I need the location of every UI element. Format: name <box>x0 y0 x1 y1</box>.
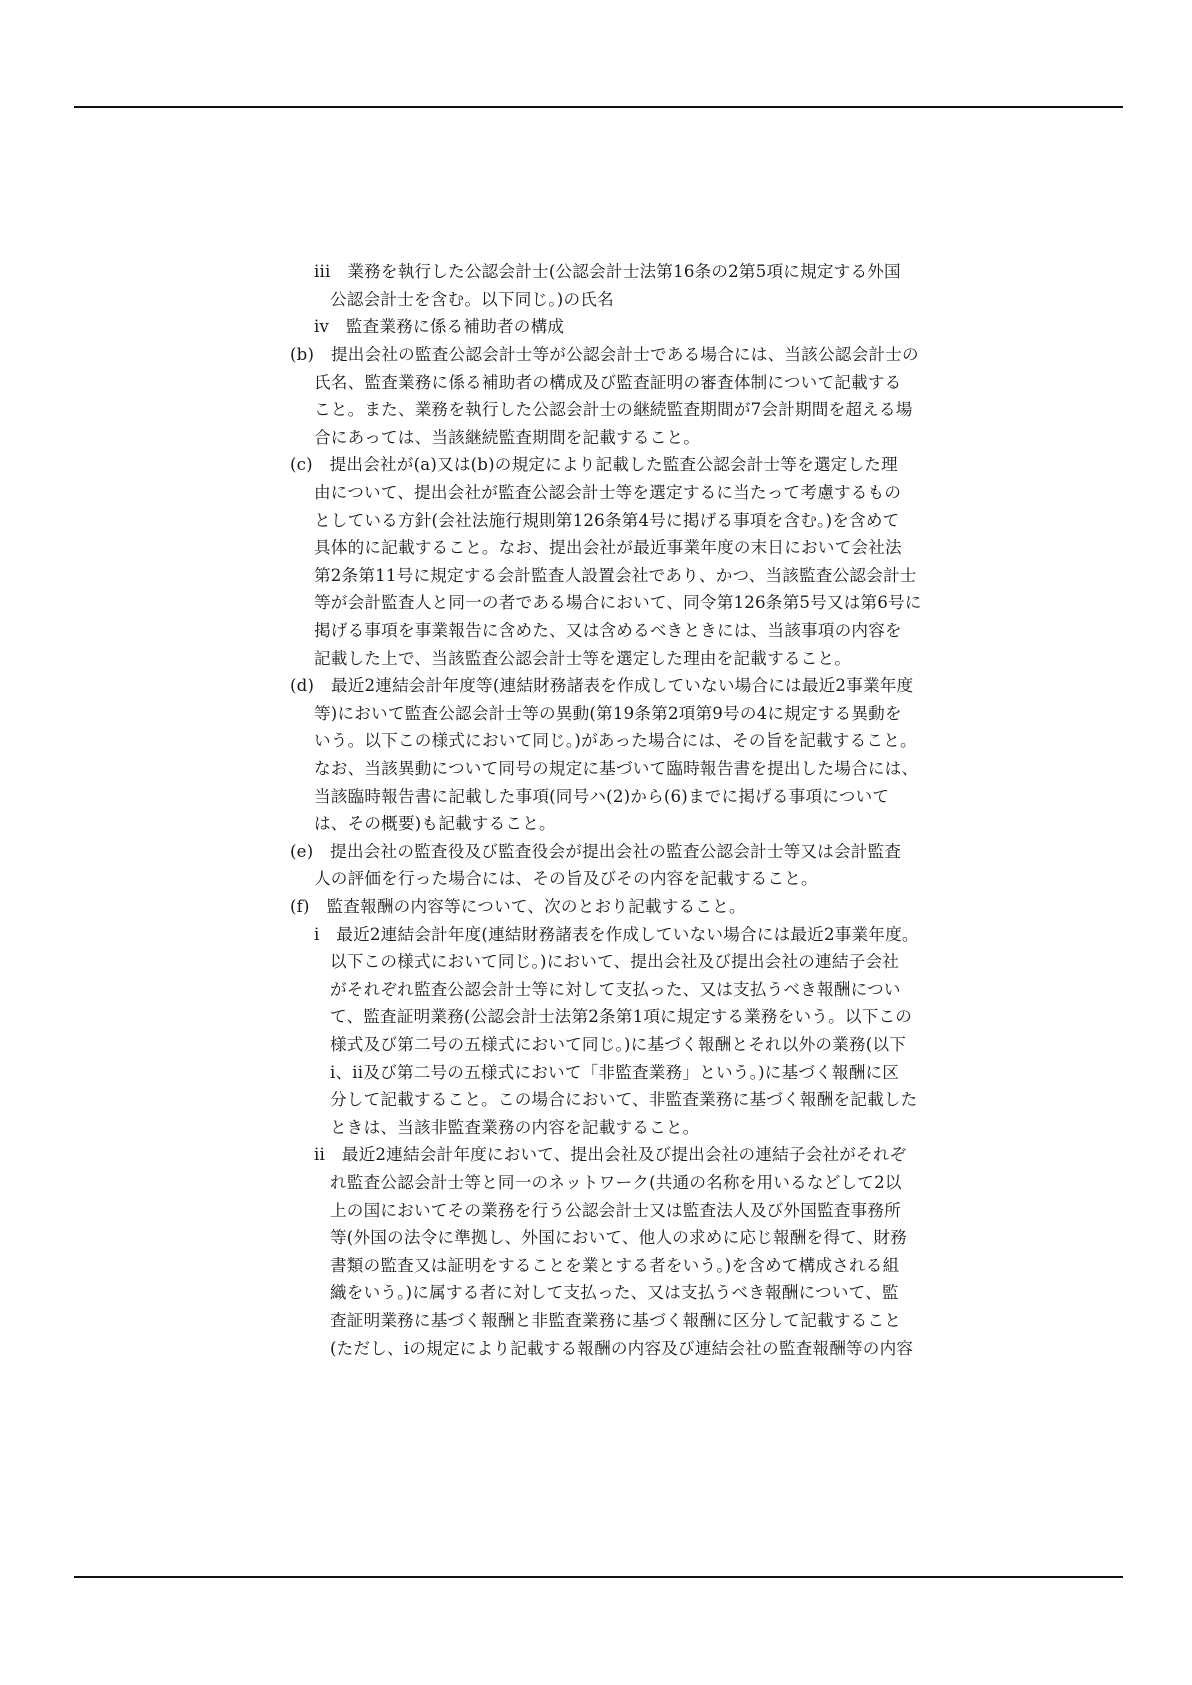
text-line: 具体的に記載すること。なお、提出会社が最近事業年度の末日において会社法 <box>314 538 902 558</box>
text-line: 氏名、監査業務に係る補助者の構成及び監査証明の審査体制について記載する <box>314 373 901 393</box>
text-line: (b) 提出会社の監査公認会計士等が公認会計士である場合には、当該公認会計士の <box>290 345 919 365</box>
text-line: 等)において監査公認会計士等の異動(第19条第2項第9号の4に規定する異動を <box>314 704 902 724</box>
text-line: 等が会計監査人と同一の者である場合において、同令第126条第5号又は第6号に <box>314 593 922 613</box>
text-line: 織をいう。)に属する者に対して支払った、又は支払うべき報酬について、監 <box>330 1283 899 1303</box>
text-line: て、監査証明業務(公認会計士法第2条第1項に規定する業務をいう。以下この <box>330 1007 912 1027</box>
text-line: は、その概要)も記載すること。 <box>314 814 556 834</box>
text-line: 公認会計士を含む。以下同じ。)の氏名 <box>330 290 614 310</box>
footer-rule <box>74 1576 1123 1578</box>
text-line: ときは、当該非監査業務の内容を記載すること。 <box>330 1118 699 1138</box>
text-line: (f) 監査報酬の内容等について、次のとおり記載すること。 <box>290 897 746 917</box>
text-line: 査証明業務に基づく報酬と非監査業務に基づく報酬に区分して記載すること <box>330 1311 901 1331</box>
text-line: 合にあっては、当該継続監査期間を記載すること。 <box>314 428 700 448</box>
header-rule <box>74 106 1123 108</box>
text-line: i 最近2連結会計年度(連結財務諸表を作成していない場合には最近2事業年度。 <box>314 925 919 945</box>
text-line: 掲げる事項を事業報告に含めた、又は含めるべきときには、当該事項の内容を <box>314 621 902 641</box>
text-line: なお、当該異動について同号の規定に基づいて臨時報告書を提出した場合には、 <box>314 759 918 779</box>
text-line: (d) 最近2連結会計年度等(連結財務諸表を作成していない場合には最近2事業年度 <box>290 676 913 696</box>
text-line: 分して記載すること。この場合において、非監査業務に基づく報酬を記載した <box>330 1090 917 1110</box>
text-line: 記載した上で、当該監査公認会計士等を選定した理由を記載すること。 <box>314 649 851 669</box>
text-line: 人の評価を行った場合には、その旨及びその内容を記載すること。 <box>314 869 818 889</box>
text-line: 書類の監査又は証明をすることを業とする者をいう。)を含めて構成される組 <box>330 1256 899 1276</box>
text-line: 等(外国の法令に準拠し、外国において、他人の求めに応じ報酬を得て、財務 <box>330 1228 907 1248</box>
text-line: (c) 提出会社が(a)又は(b)の規定により記載した監査公認会計士等を選定した… <box>290 455 898 475</box>
text-line: ii 最近2連結会計年度において、提出会社及び提出会社の連結子会社がそれぞ <box>314 1145 906 1165</box>
text-line: としている方針(会社法施行規則第126条第4号に掲げる事項を含む。)を含めて <box>314 511 899 531</box>
text-line: 様式及び第二号の五様式において同じ。)に基づく報酬とそれ以外の業務(以下 <box>330 1035 906 1055</box>
text-line: (e) 提出会社の監査役及び監査役会が提出会社の監査公認会計士等又は会計監査 <box>290 842 901 862</box>
text-line: iii 業務を執行した公認会計士(公認会計士法第16条の2第5項に規定する外国 <box>314 262 901 282</box>
text-line: いう。以下この様式において同じ。)があった場合には、その旨を記載すること。 <box>314 731 917 751</box>
text-line: 第2条第11号に規定する会計監査人設置会社であり、かつ、当該監査公認会計士 <box>314 566 917 586</box>
text-line: 以下この様式において同じ。)において、提出会社及び提出会社の連結子会社 <box>330 952 899 972</box>
text-line: 上の国においてその業務を行う公認会計士又は監査法人及び外国監査事務所 <box>330 1201 901 1221</box>
text-line: がそれぞれ監査公認会計士等に対して支払った、又は支払うべき報酬につい <box>330 980 901 1000</box>
text-line: iv 監査業務に係る補助者の構成 <box>314 317 564 337</box>
text-line: れ監査公認会計士等と同一のネットワーク(共通の名称を用いるなどして2以 <box>330 1173 902 1193</box>
text-line: i、ii及び第二号の五様式において「非監査業務」という。)に基づく報酬に区 <box>330 1063 899 1083</box>
text-line: (ただし、iの規定により記載する報酬の内容及び連結会社の監査報酬等の内容 <box>330 1339 913 1359</box>
text-line: こと。また、業務を執行した公認会計士の継続監査期間が7会計期間を超える場 <box>314 400 913 420</box>
text-line: 当該臨時報告書に記載した事項(同号ハ(2)から(6)までに掲げる事項について <box>314 787 889 807</box>
text-line: 由について、提出会社が監査公認会計士等を選定するに当たって考慮するもの <box>314 483 901 503</box>
